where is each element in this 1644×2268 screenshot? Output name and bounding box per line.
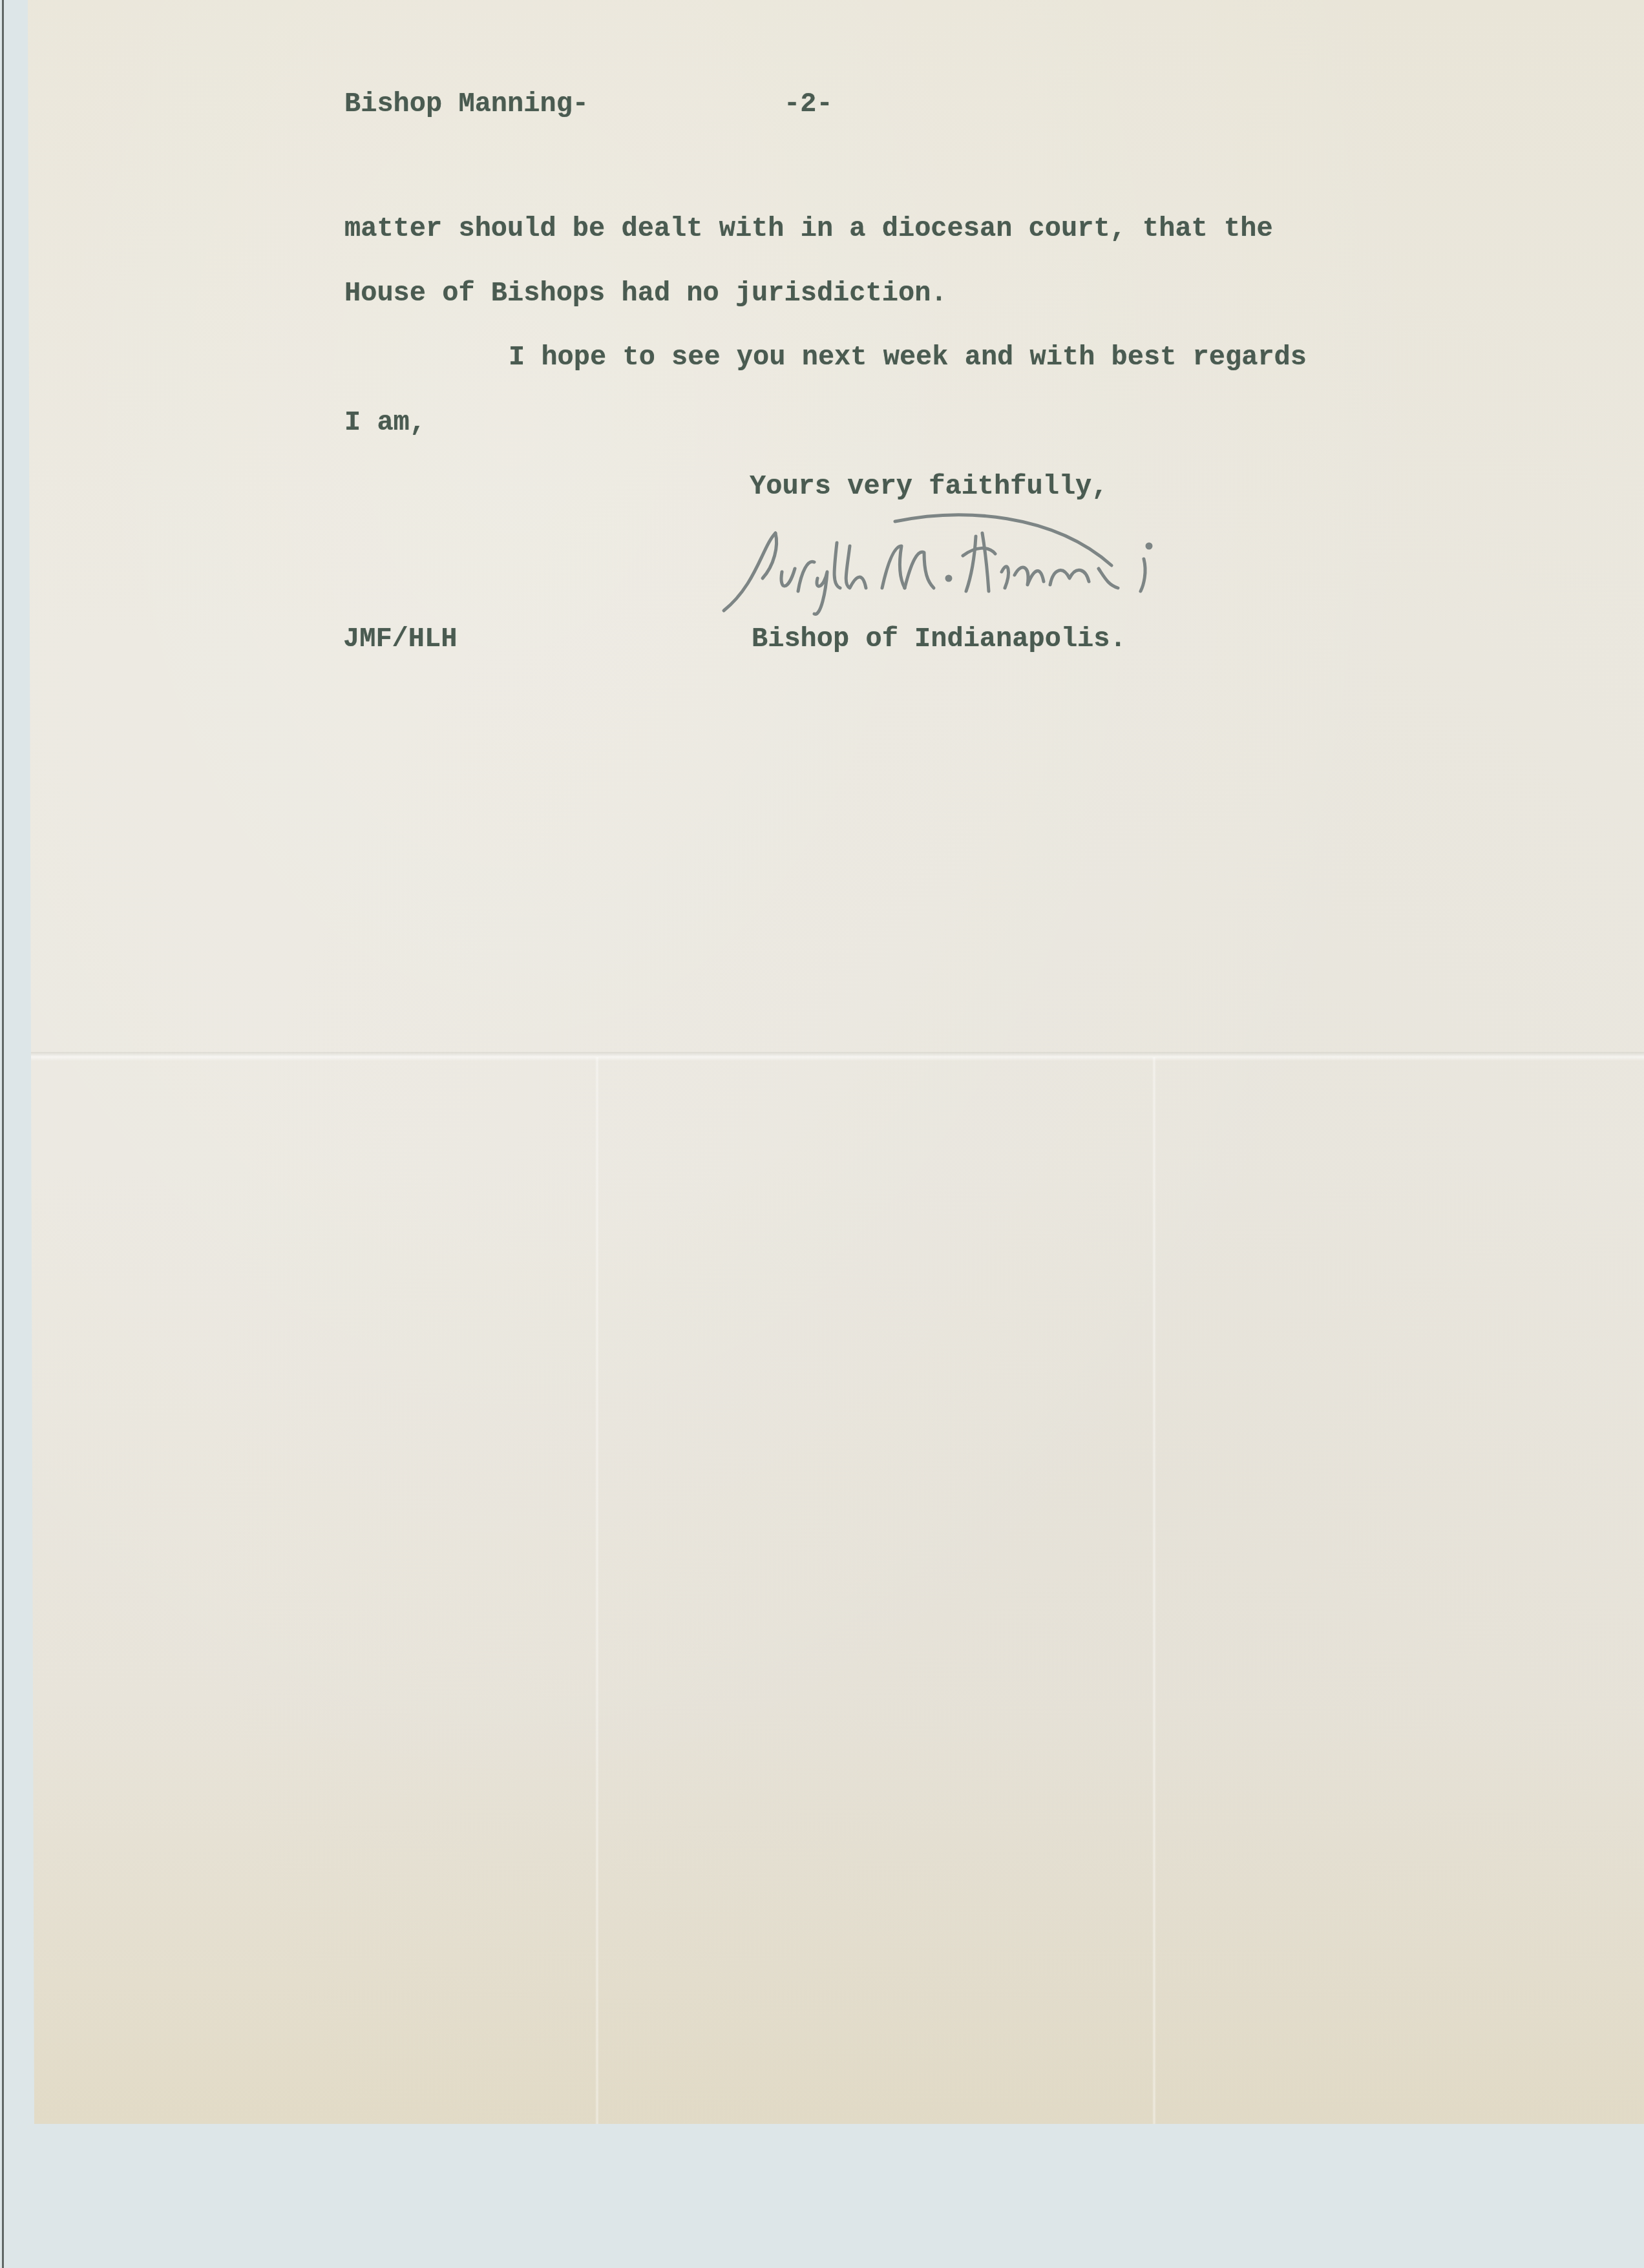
body-line-4: I am,	[344, 409, 426, 436]
reference-initials: JMF/HLH	[343, 625, 457, 653]
handwritten-signature-icon: Joseph M. Francis	[717, 507, 1183, 617]
closing: Yours very faithfully,	[750, 473, 1108, 500]
scanner-edge	[2, 0, 4, 2268]
letter-page	[28, 0, 1644, 2124]
page-number: -2-	[784, 90, 833, 118]
vertical-fold-crease-right	[1152, 1057, 1156, 2124]
body-line-3: I hope to see you next week and with bes…	[509, 344, 1307, 371]
horizontal-fold-crease	[28, 1052, 1644, 1061]
vertical-fold-crease-left	[595, 1057, 599, 2124]
header-recipient: Bishop Manning-	[344, 90, 589, 118]
body-line-1: matter should be dealt with in a diocesa…	[344, 215, 1273, 242]
signer-title: Bishop of Indianapolis.	[752, 625, 1126, 653]
body-line-2: House of Bishops had no jurisdiction.	[344, 280, 947, 307]
